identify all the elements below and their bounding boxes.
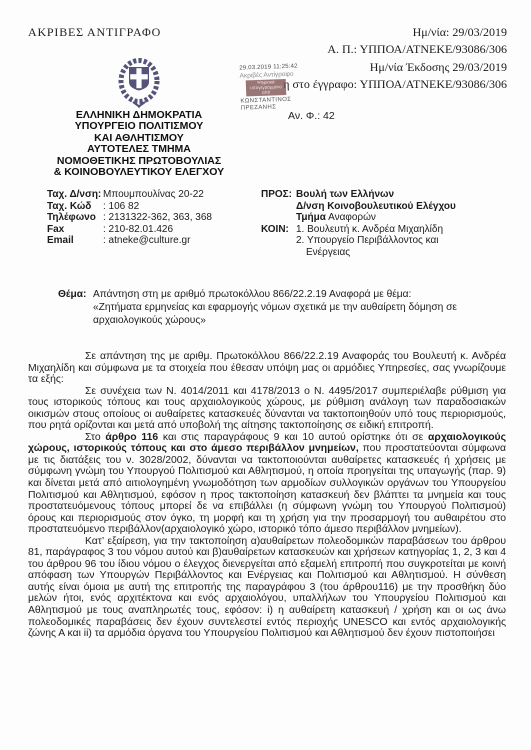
file-reference: Αν. Φ.: 42 bbox=[288, 110, 335, 122]
contact-row-phone: Τηλέφωνο: 2131322-362, 363, 368 bbox=[47, 212, 212, 224]
subject-line: αρχαιολογικούς χώρους» bbox=[93, 314, 457, 327]
stamp-signed-note: Ψηφιακά υπογεγραμμένο από bbox=[246, 79, 287, 97]
digital-signature-stamp: 29.03.2019 11:25:42 Ακριβές Αντίγραφο Ψη… bbox=[239, 62, 333, 112]
contact-label: Email bbox=[47, 235, 103, 247]
letterhead-line: ΑΥΤΟΤΕΛΕΣ ΤΜΗΜΑ bbox=[28, 144, 250, 155]
cc-label: ΚΟΙΝ: bbox=[261, 224, 296, 259]
contact-row-address: Ταχ. Δ/νση:Μπουμπουλίνας 20-22 bbox=[47, 189, 212, 201]
greek-coat-of-arms-icon bbox=[28, 58, 250, 110]
contact-row-fax: Fax: 210-82.01.426 bbox=[47, 224, 212, 236]
to-line: Δ/νση Κοινοβουλευτικού Ελέγχου bbox=[296, 201, 456, 213]
body-paragraph-3: Στο άρθρο 116 και στις παραγράφους 9 και… bbox=[28, 432, 506, 536]
cc-group: ΚΟΙΝ: 1. Βουλευτή κ. Ανδρέα Μιχαηλίδη 2.… bbox=[261, 224, 456, 259]
subject-line: «Ζητήματα ερμηνείας και εφαρμογής νόμων … bbox=[93, 301, 457, 314]
contact-value: : 210-82.01.426 bbox=[103, 224, 173, 235]
exact-copy-label: ΑΚΡΙΒΕΣ ΑΝΤΙΓΡΑΦΟ bbox=[28, 25, 161, 40]
contact-label: Fax bbox=[47, 224, 103, 236]
to-label: ΠΡΟΣ: bbox=[261, 189, 296, 224]
body-text-segment: Στο bbox=[85, 432, 105, 443]
header-protocol-number: Α. Π.: ΥΠΠΟΑ/ΑΤΝΕΚΕ/93086/306 bbox=[283, 41, 507, 58]
header-date: Ημ/νία: 29/03/2019 bbox=[283, 24, 507, 41]
to-line-rest: Αναφορών bbox=[326, 212, 376, 223]
contact-value: Μπουμπουλίνας 20-22 bbox=[103, 189, 204, 200]
body-paragraph-2: Σε συνέχεια των Ν. 4014/2011 και 4178/20… bbox=[28, 386, 506, 432]
cc-line: 2. Υπουργείο Περιβάλλοντος και bbox=[296, 235, 443, 247]
subject-label: Θέμα: bbox=[58, 288, 93, 327]
to-content: Βουλή των Ελλήνων Δ/νση Κοινοβουλευτικού… bbox=[296, 189, 456, 224]
subject-content: Απάντηση στη με αριθμό πρωτοκόλλου 866/2… bbox=[93, 288, 457, 327]
cc-line: 1. Βουλευτή κ. Ανδρέα Μιχαηλίδη bbox=[296, 224, 443, 236]
letter-body: Σε απάντηση της με αριθμ. Πρωτοκόλλου 86… bbox=[28, 351, 506, 640]
body-text-segment: που προστατεύονται σύμφωνα με τις διατάξ… bbox=[28, 443, 506, 535]
contact-info-block: Ταχ. Δ/νση:Μπουμπουλίνας 20-22 Ταχ. Κώδ:… bbox=[47, 189, 212, 247]
letterhead: ΕΛΛΗΝΙΚΗ ΔΗΜΟΚΡΑΤΙΑ ΥΠΟΥΡΓΕΙΟ ΠΟΛΙΤΙΣΜΟΥ… bbox=[28, 58, 250, 178]
contact-value: : 2131322-362, 363, 368 bbox=[103, 212, 212, 223]
to-line: Βουλή των Ελλήνων bbox=[296, 189, 456, 201]
recipients-block: ΠΡΟΣ: Βουλή των Ελλήνων Δ/νση Κοινοβουλε… bbox=[261, 189, 456, 259]
contact-label: Ταχ. Κώδ bbox=[47, 201, 103, 213]
contact-value: : 106 82 bbox=[103, 201, 139, 212]
to-line-bold-part: Τμήμα bbox=[296, 212, 326, 223]
body-text-segment: και στις παραγράφους 9 και 10 αυτού ορίσ… bbox=[158, 432, 428, 443]
subject-block: Θέμα: Απάντηση στη με αριθμό πρωτοκόλλου… bbox=[58, 288, 488, 327]
cc-line: Ενέργειας bbox=[296, 247, 443, 259]
contact-row-postal-code: Ταχ. Κώδ: 106 82 bbox=[47, 201, 212, 213]
document-page: ΑΚΡΙΒΕΣ ΑΝΤΙΓΡΑΦΟ Ημ/νία: 29/03/2019 Α. … bbox=[0, 0, 531, 750]
ministry-name-block: ΕΛΛΗΝΙΚΗ ΔΗΜΟΚΡΑΤΙΑ ΥΠΟΥΡΓΕΙΟ ΠΟΛΙΤΙΣΜΟΥ… bbox=[28, 110, 250, 178]
contact-label: Τηλέφωνο bbox=[47, 212, 103, 224]
letterhead-line: & ΚΟΙΝΟΒΟΥΛΕΥΤΙΚΟΥ ΕΛΕΓΧΟΥ bbox=[28, 167, 250, 178]
body-bold-segment: άρθρο 116 bbox=[105, 432, 158, 443]
contact-row-email: Email: atneke@culture.gr bbox=[47, 235, 212, 247]
body-paragraph-1: Σε απάντηση της με αριθμ. Πρωτοκόλλου 86… bbox=[28, 351, 506, 386]
subject-line: Απάντηση στη με αριθμό πρωτοκόλλου 866/2… bbox=[93, 288, 457, 301]
cc-content: 1. Βουλευτή κ. Ανδρέα Μιχαηλίδη 2. Υπουρ… bbox=[296, 224, 443, 259]
body-paragraph-4: Κατ’ εξαίρεση, για την τακτοποίηση α)αυθ… bbox=[28, 536, 506, 640]
to-group: ΠΡΟΣ: Βουλή των Ελλήνων Δ/νση Κοινοβουλε… bbox=[261, 189, 456, 224]
to-line: Τμήμα Αναφορών bbox=[296, 212, 456, 224]
contact-label: Ταχ. Δ/νση: bbox=[47, 189, 103, 201]
contact-email-value: : atneke@culture.gr bbox=[103, 235, 190, 246]
